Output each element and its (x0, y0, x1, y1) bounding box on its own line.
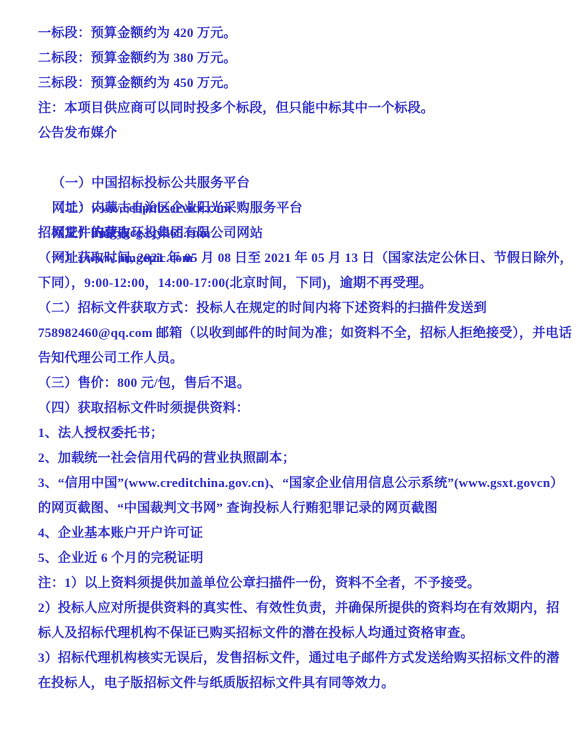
budget-line-3: 三标段：预算金额约为 450 万元。 (38, 70, 542, 95)
budget-line-1: 一标段：预算金额约为 420 万元。 (38, 20, 542, 45)
media-platform-name: （一）中国招标投标公共服务平台 (52, 170, 339, 195)
doc-line-note-1: 注：1）以上资料须提供加盖单位公章扫描件一份，资料不全者，不予接受。 (38, 570, 542, 595)
note-line: 注：本项目供应商可以同时投多个标段，但只能中标其中一个标段。 (38, 95, 542, 120)
doc-line-price: （三）售价：800 元/包，售后不退。 (38, 370, 542, 395)
doc-line: （四）获取招标文件时须提供资料： (38, 395, 542, 420)
doc-line-note-2: 2）投标人应对所提供资料的真实性、有效性负责，并确保所提供的资料均在有效期内，招 (38, 595, 542, 620)
doc-line-note-2-cont: 标人及招标代理机构不保证已购买招标文件的潜在投标人均通过资格审查。 (38, 620, 542, 645)
section-heading-media: 公告发布媒介 (38, 120, 542, 145)
doc-line: （二）招标文件获取方式：投标人在规定的时间内将下述资料的扫描件发送到 (38, 295, 542, 320)
document-page: 一标段：预算金额约为 420 万元。 二标段：预算金额约为 380 万元。 三标… (0, 0, 579, 749)
doc-line: （一）获取时间, 2021 年 05 月 08 日至 2021 年 05 月 1… (38, 245, 542, 270)
doc-line-material-4: 4、企业基本账户开户许可证 (38, 520, 542, 545)
media-row-1: （一）中国招标投标公共服务平台 网址：www.cebpubservice.com (38, 145, 542, 170)
doc-line-material-1: 1、法人授权委托书； (38, 420, 542, 445)
doc-line-email: 758982460@qq.com 邮箱（以收到邮件的时间为准；如资料不全，招标人… (38, 320, 542, 345)
doc-line-note-3: 3）招标代理机构核实无误后，发售招标文件，通过电子邮件方式发送给购买招标文件的潜 (38, 645, 542, 670)
doc-line-material-5: 5、企业近 6 个月的完税证明 (38, 545, 542, 570)
media-platform-name: （二）内蒙古自治区企业阳光采购服务平台 (52, 195, 339, 220)
doc-line: 告知代理公司工作人员。 (38, 345, 542, 370)
doc-line-material-2: 2、加载统一社会信用代码的营业执照副本； (38, 445, 542, 470)
doc-line: 下同），9:00-12:00，14:00-17:00(北京时间，下同)，逾期不再… (38, 270, 542, 295)
doc-line-note-3-cont: 在投标人，电子版招标文件与纸质版招标文件具有同等效力。 (38, 670, 542, 695)
doc-line-material-3: 3、“信用中国”(www.creditchina.gov.cn)、“国家企业信用… (38, 470, 542, 495)
doc-line-material-3-cont: 的网页截图、“中国裁判文书网” 查询投标人行贿犯罪记录的网页截图 (38, 495, 542, 520)
budget-line-2: 二标段：预算金额约为 380 万元。 (38, 45, 542, 70)
